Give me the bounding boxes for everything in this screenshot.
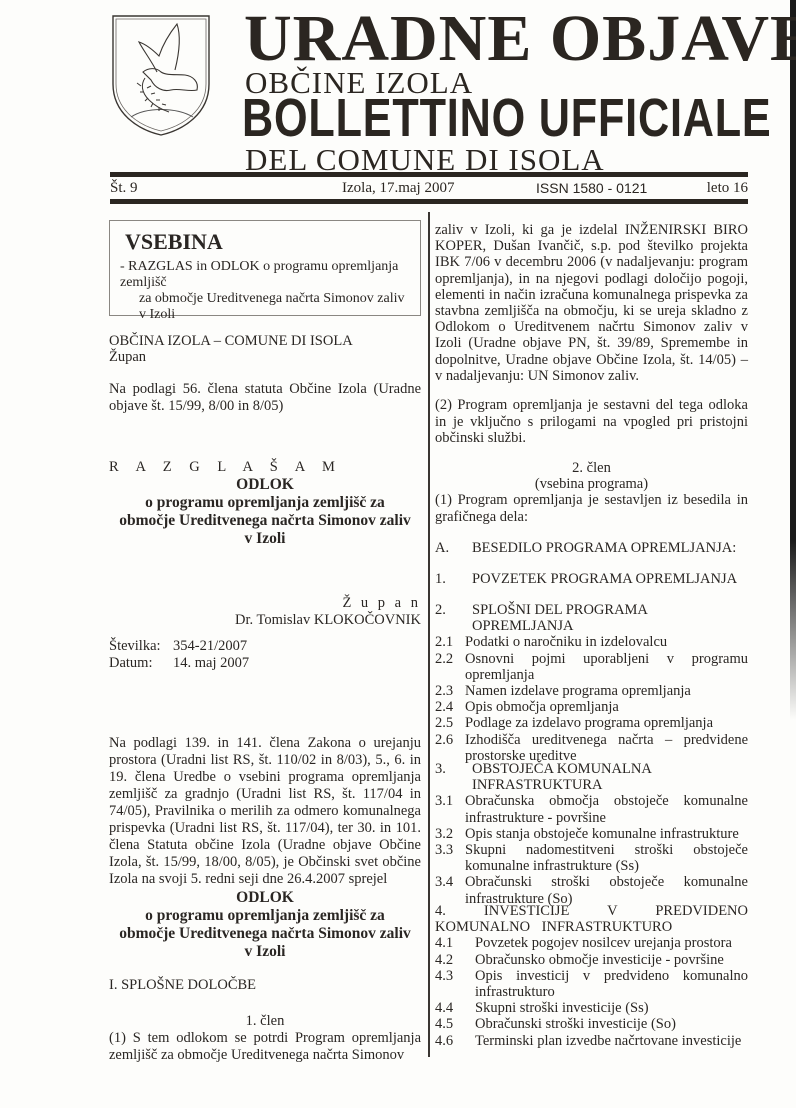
issuing-authority: OBČINA IZOLA – COMUNE DI ISOLA Župan [109,333,421,365]
list-item-number: 4.2 [435,952,475,968]
list-item-text: Opis območja opremljanja [465,699,748,715]
issn: ISSN 1580 - 0121 [536,178,647,198]
heading-4: 4. INVESTICIJE V PREDVIDENO KOMUNALNO IN… [435,903,748,935]
list-item: 3.3Skupni nadomestitveni stroški obstoje… [435,842,748,874]
decree-title-line: o programu opremljanja zemljišč za [109,907,421,925]
contents-title: VSEBINA [125,229,410,255]
list-item: 2.5Podlage za izdelavo programa opremlja… [435,715,748,731]
signer-name: Dr. Tomislav KLOKOČOVNIK [109,612,421,629]
heading-a-text: BESEDILO PROGRAMA OPREMLJANJA: [472,540,736,557]
list-item: 4.1Povzetek pogojev nosilcev urejanja pr… [435,935,748,951]
authority-name: OBČINA IZOLA – COMUNE DI ISOLA [109,333,421,349]
list-item: 4.5Obračunski stroški investicije (So) [435,1016,748,1032]
issue-number: Št. 9 [110,178,138,198]
list-item-number: 2.2 [435,651,465,683]
section-4-list: 4. INVESTICIJE V PREDVIDENO KOMUNALNO IN… [435,903,748,1049]
list-item: 3.2Opis stanja obstoječe komunalne infra… [435,826,748,842]
decree-title-line: območje Ureditvenega načrta Simonov zali… [109,925,421,943]
heading-1-text: POVZETEK PROGRAMA OPREMLJANJA [472,571,737,588]
list-item-text: Podatki o naročniku in izdelovalcu [465,634,748,650]
list-item: 2.1Podatki o naročniku in izdelovalcu [435,634,748,650]
list-item-number: 4.6 [435,1033,475,1049]
list-item-number: 2.4 [435,699,465,715]
ref-number-row: Številka: 354-21/2007 [109,638,421,655]
masthead-rule-top [110,172,748,177]
preamble-paragraph: Na podlagi 139. in 141. člena Zakona o u… [109,735,421,888]
list-item: 2.6Izhodišča ureditvenega načrta – predv… [435,732,748,764]
heading-a-number: A. [435,540,472,557]
list-item: 3.4Obračunski stroški obstoječe komunaln… [435,874,748,906]
list-item-text: Obračunska območja obstoječe komunalne i… [465,793,748,825]
list-item-number: 3.3 [435,842,465,874]
list-item-text: Izhodišča ureditvenega načrta – predvide… [465,732,748,764]
list-item: 4.6Terminski plan izvedbe načrtovane inv… [435,1033,748,1049]
ref-date-label: Datum: [109,655,173,672]
contents-item-line1: - RAZGLAS in ODLOK o programu opremljanj… [120,259,398,290]
article-1-title: 1. člen [109,1013,421,1030]
list-item-text: Opis investicij v predvideno komunalno i… [475,968,748,1000]
list-item-number: 4.5 [435,1016,475,1032]
scan-edge-shadow [790,0,796,720]
contents-box: VSEBINA - RAZGLAS in ODLOK o programu op… [109,220,421,316]
list-item-number: 4.1 [435,935,475,951]
legal-basis-paragraph: Na podlagi 56. člena statuta Občine Izol… [109,381,421,414]
list-item: 4.3Opis investicij v predvideno komunaln… [435,968,748,1000]
list-item-number: 2.3 [435,683,465,699]
heading-2-text: SPLOŠNI DEL PROGRAMA OPREMLJANJA [472,602,748,634]
ref-number-label: Številka: [109,638,173,655]
ref-number-value: 354-21/2007 [173,638,247,655]
section-3-list: 3. OBSTOJEČA KOMUNALNA INFRASTRUKTURA 3.… [435,761,748,907]
heading-a: A. BESEDILO PROGRAMA OPREMLJANJA: [435,540,748,557]
decree-title-1: ODLOK o programu opremljanja zemljišč za… [109,476,421,548]
masthead-title-slovene: URADNE OBJAVE [244,4,754,74]
masthead-rule-bottom [110,199,748,204]
ref-date-row: Datum: 14. maj 2007 [109,655,421,672]
list-item-number: 3.1 [435,793,465,825]
heading-2-number: 2. [435,602,472,634]
list-item-text: Povzetek pogojev nosilcev urejanja prost… [475,935,748,951]
ref-date-value: 14. maj 2007 [173,655,249,672]
section-heading: I. SPLOŠNE DOLOČBE [109,977,256,994]
signature-block: Ž u p a n Dr. Tomislav KLOKOČOVNIK [109,595,421,629]
list-item-number: 4.3 [435,968,475,1000]
list-item-number: 2.1 [435,634,465,650]
heading-3-number: 3. [435,761,472,793]
article-2-title: 2. člen [435,460,748,476]
column-divider [428,212,430,1057]
list-item-text: Terminski plan izvedbe načrtovane invest… [475,1033,748,1049]
list-item: 3.1Obračunska območja obstoječe komunaln… [435,793,748,825]
decree-title-line: območje Ureditvenega načrta Simonov zali… [109,512,421,530]
article-2-heading: 2. člen (vsebina programa) [435,460,748,492]
list-item-text: Namen izdelave programa opremljanja [465,683,748,699]
heading-1: 1. POVZETEK PROGRAMA OPREMLJANJA [435,571,748,588]
heading-3: 3. OBSTOJEČA KOMUNALNA INFRASTRUKTURA [435,761,748,793]
decree-title-2: ODLOK o programu opremljanja zemljišč za… [109,889,421,961]
dove-coat-of-arms-icon [111,14,211,136]
authority-role: Župan [109,349,421,365]
heading-2: 2. SPLOŠNI DEL PROGRAMA OPREMLJANJA [435,602,748,634]
continuation-paragraph: zaliv v Izoli, ki ga je izdelal INŽENIRS… [435,222,748,384]
list-item-number: 2.5 [435,715,465,731]
list-item: 4.4Skupni stroški investicije (Ss) [435,1000,748,1016]
article-1-text: (1) S tem odlokom se potrdi Program opre… [109,1030,421,1063]
reference-block: Številka: 354-21/2007 Datum: 14. maj 200… [109,638,421,672]
decree-title-line: v Izoli [109,943,421,961]
signer-role: Ž u p a n [109,595,421,612]
list-item-text: Skupni nadomestitveni stroški obstoječe … [465,842,748,874]
list-item-text: Obračunski stroški investicije (So) [475,1016,748,1032]
decree-title-line: ODLOK [109,476,421,494]
contents-item-line2: za območje Ureditvenega načrta Simonov z… [120,291,410,323]
list-item-number: 4.4 [435,1000,475,1016]
list-item-text: Obračunski stroški obstoječe komunalne i… [465,874,748,906]
list-item-number: 3.2 [435,826,465,842]
list-item-text: Obračunsko območje investicije - površin… [475,952,748,968]
publication-year: leto 16 [707,178,748,198]
decree-title-line: o programu opremljanja zemljišč za [109,494,421,512]
list-item: 2.2Osnovni pojmi uporabljeni v programu … [435,651,748,683]
list-item-number: 3.4 [435,874,465,906]
article-2-text: (1) Program opremljanja je sestavljen iz… [435,492,748,525]
decree-title-line: ODLOK [109,889,421,907]
section-2-list: 2. SPLOŠNI DEL PROGRAMA OPREMLJANJA 2.1P… [435,602,748,764]
list-item-text: Podlage za izdelavo programa opremljanja [465,715,748,731]
proclamation: R A Z G L A Š A M [109,459,342,476]
issue-date: Izola, 17.maj 2007 [342,178,454,198]
list-item: 4.2Obračunsko območje investicije - povr… [435,952,748,968]
list-item: 2.3Namen izdelave programa opremljanja [435,683,748,699]
list-item-text: Osnovni pojmi uporabljeni v programu opr… [465,651,748,683]
heading-3-text: OBSTOJEČA KOMUNALNA INFRASTRUKTURA [472,761,748,793]
article-2-subtitle: (vsebina programa) [435,476,748,492]
list-item: 2.4Opis območja opremljanja [435,699,748,715]
list-item-number: 2.6 [435,732,465,764]
heading-1-number: 1. [435,571,472,588]
list-item-text: Skupni stroški investicije (Ss) [475,1000,748,1016]
list-item-text: Opis stanja obstoječe komunalne infrastr… [465,826,748,842]
decree-title-line: v Izoli [109,530,421,548]
article-1-para-2: (2) Program opremljanja je sestavni del … [435,397,748,447]
contents-item: - RAZGLAS in ODLOK o programu opremljanj… [120,259,410,323]
masthead-title-italian: BOLLETTINO UFFICIALE [242,88,650,148]
issue-info-bar: Št. 9 Izola, 17.maj 2007 ISSN 1580 - 012… [110,178,748,198]
